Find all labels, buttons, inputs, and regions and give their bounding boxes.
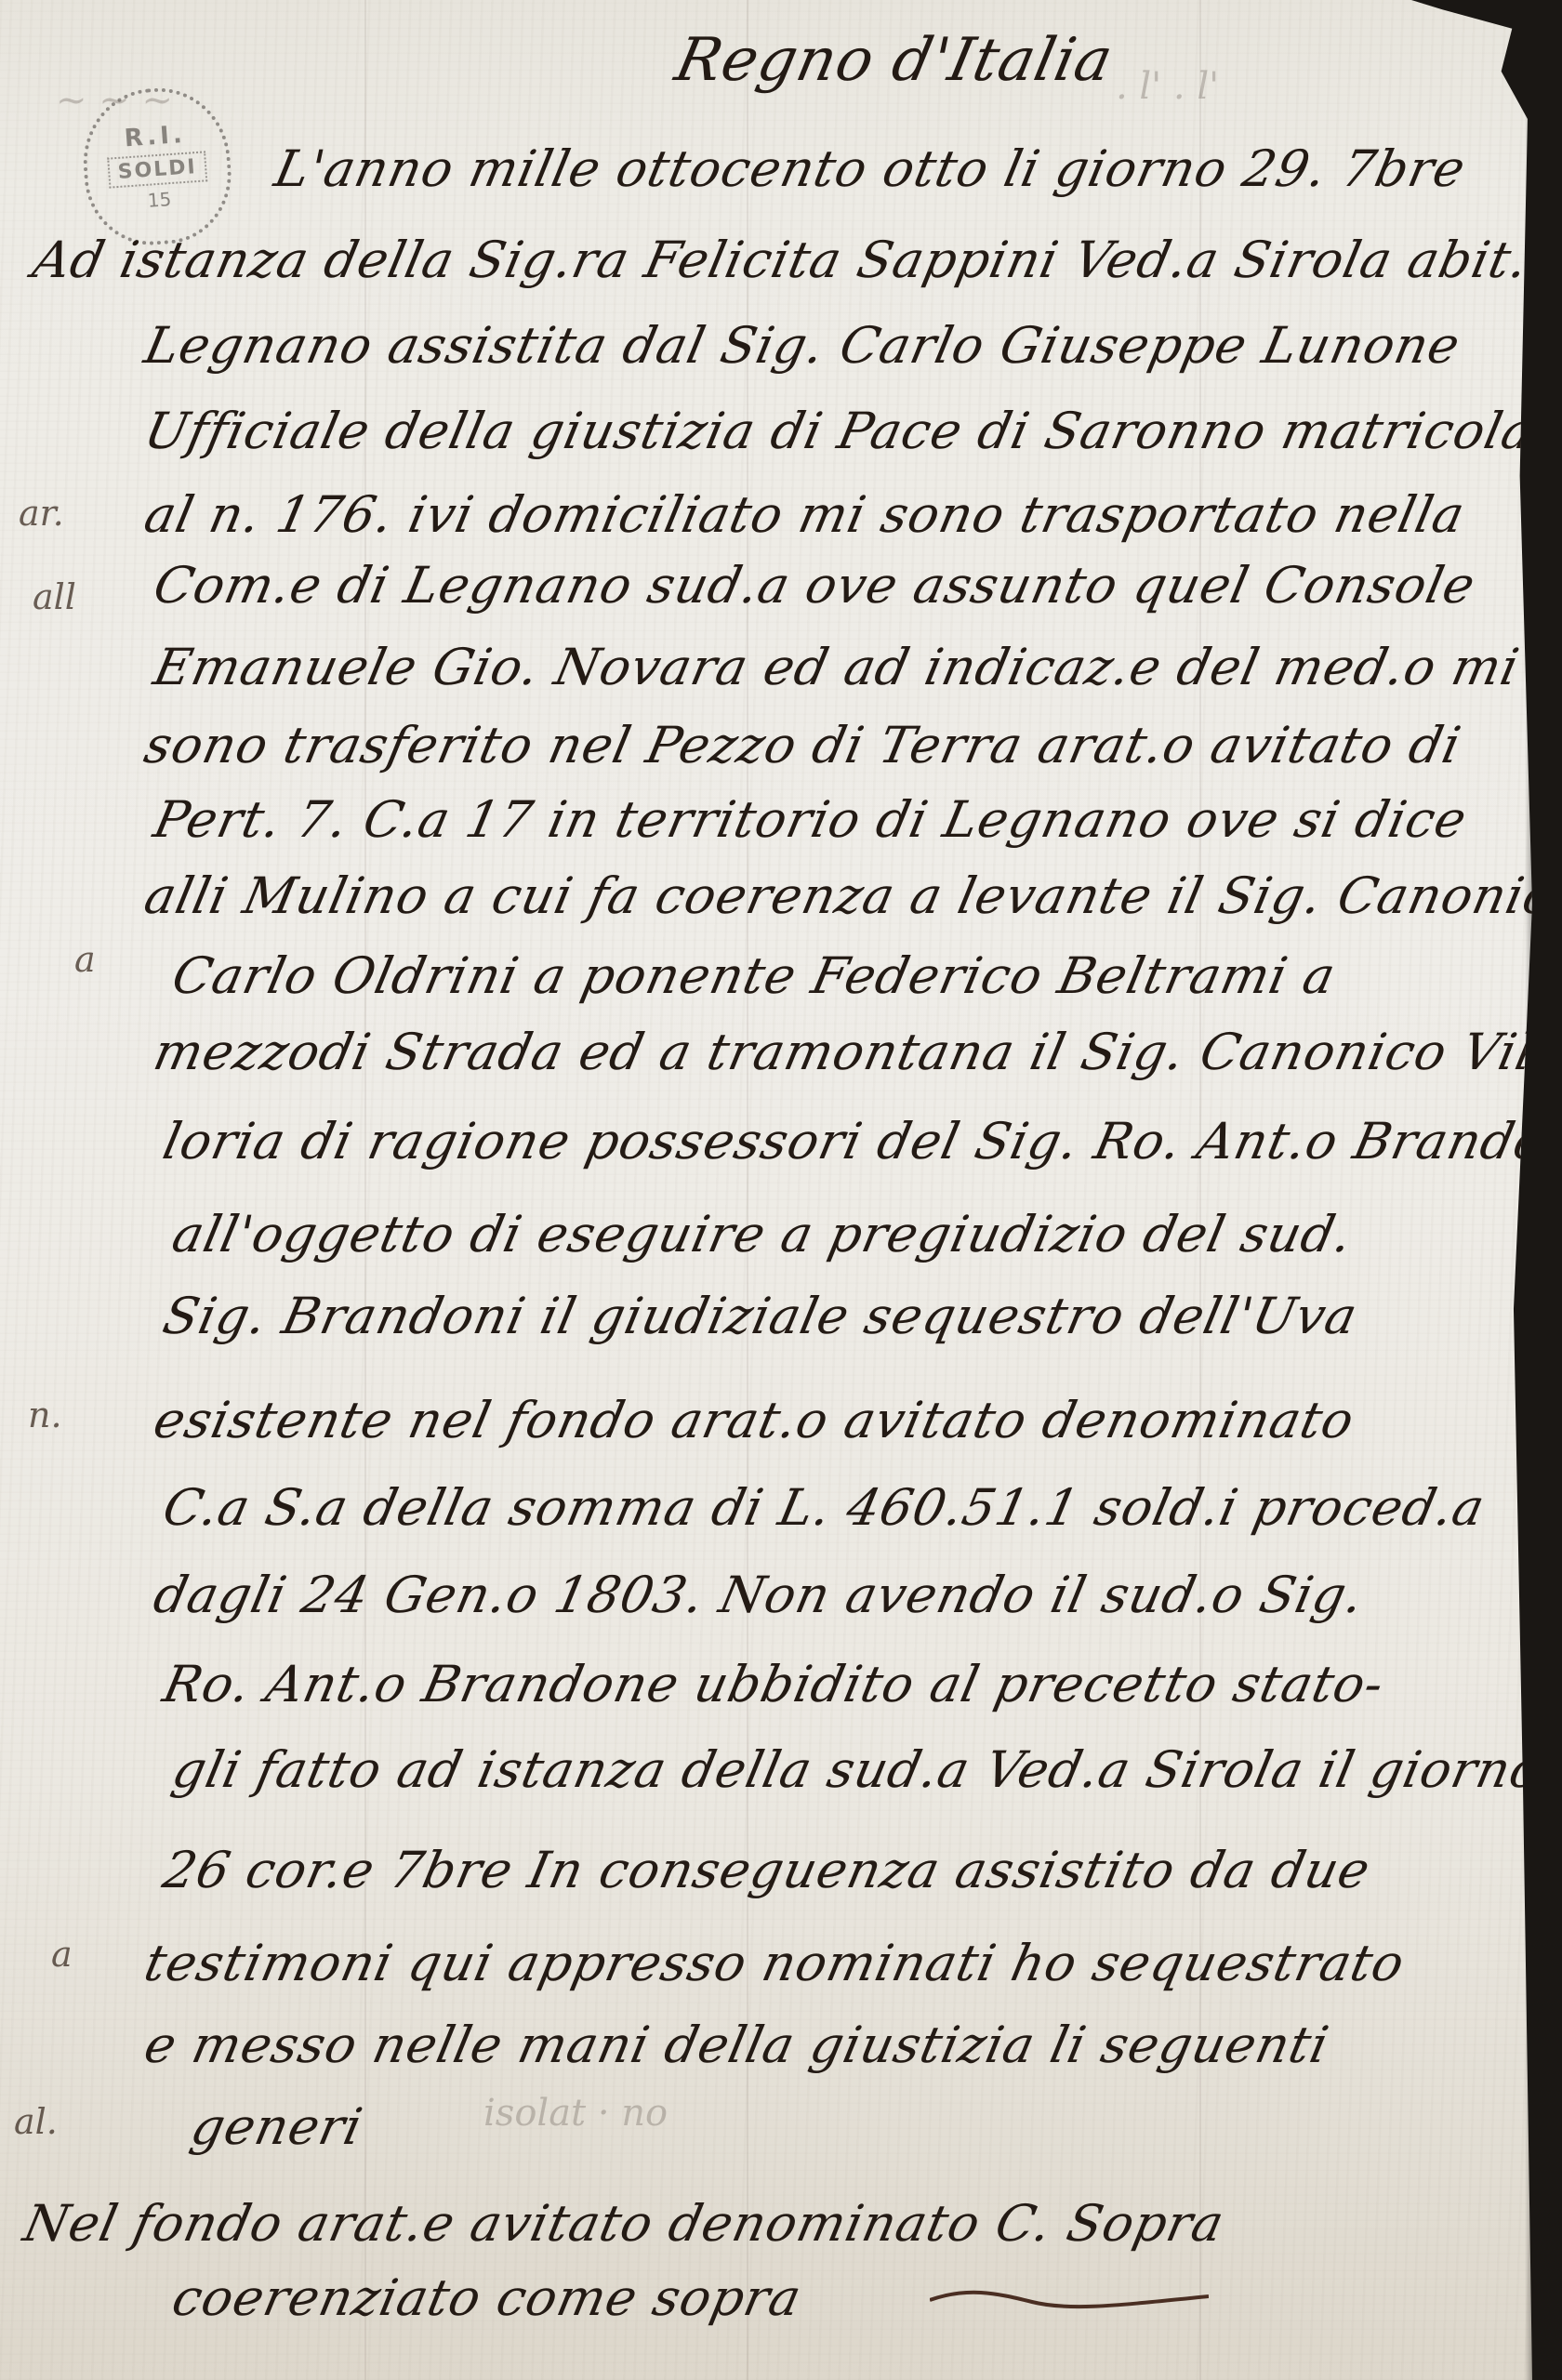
- manuscript-line-13: loria di ragione possessori del Sig. Ro.…: [158, 1112, 1562, 1170]
- manuscript-line-4: Ufficiale della giustizia di Pace di Sar…: [139, 402, 1562, 460]
- stamp-middle-text: SOLDI: [108, 151, 207, 188]
- manuscript-line-25: Nel fondo arat.e avitato denominato C. S…: [19, 2194, 1229, 2253]
- manuscript-line-1: L'anno mille ottocento otto li giorno 29…: [270, 139, 1471, 198]
- manuscript-line-11: Carlo Oldrini a ponente Federico Beltram…: [167, 946, 1341, 1005]
- margin-note: al.: [14, 2101, 58, 2142]
- margin-note: ar.: [19, 493, 64, 534]
- manuscript-line-3: Legnano assistita dal Sig. Carlo Giusepp…: [139, 316, 1465, 375]
- manuscript-line-9: Pert. 7. C.a 17 in territorio di Legnano…: [149, 790, 1472, 849]
- manuscript-line-19: Ro. Ant.o Brandone ubbidito al precetto …: [158, 1655, 1389, 1713]
- bleed-through-text: ~ ~ ~: [56, 79, 173, 122]
- stamp-bottom-text: 15: [147, 188, 172, 212]
- manuscript-line-12: mezzodi Strada ed a tramontana il Sig. C…: [149, 1023, 1557, 1081]
- closing-flourish-line: [930, 2283, 1209, 2311]
- manuscript-line-20: gli fatto ad istanza della sud.a Ved.a S…: [167, 1740, 1548, 1799]
- manuscript-line-6: Com.e di Legnano sud.a ove assunto quel …: [149, 556, 1481, 615]
- margin-note: a: [74, 939, 96, 980]
- manuscript-line-21: 26 cor.e 7bre In conseguenza assistito d…: [158, 1841, 1376, 1899]
- manuscript-line-17: C.a S.a della somma di L. 460.51.1 sold.…: [158, 1478, 1490, 1537]
- document-heading: Regno d'Italia: [669, 26, 1119, 95]
- manuscript-page: R.I. SOLDI 15 ~ ~ ~ . l' . l' isolat · n…: [0, 0, 1551, 2380]
- manuscript-line-18: dagli 24 Gen.o 1803. Non avendo il sud.o…: [149, 1566, 1370, 1624]
- bleed-through-text: . l' . l': [1116, 65, 1219, 108]
- manuscript-line-22: testimoni qui appresso nominati ho seque…: [139, 1934, 1410, 1992]
- manuscript-line-26: coerenziato come sopra: [167, 2268, 807, 2327]
- bleed-through-text: isolat · no: [483, 2092, 668, 2135]
- manuscript-line-8: sono trasferito nel Pezzo di Terra arat.…: [139, 716, 1466, 774]
- stamp-top-text: R.I.: [124, 120, 187, 152]
- manuscript-line-7: Emanuele Gio. Novara ed ad indicaz.e del…: [149, 638, 1525, 696]
- manuscript-line-23: e messo nelle mani della giustizia li se…: [139, 2016, 1334, 2074]
- manuscript-line-14: all'oggetto di eseguire a pregiudizio de…: [167, 1205, 1358, 1263]
- manuscript-line-16: esistente nel fondo arat.o avitato denom…: [149, 1391, 1359, 1449]
- page-edge-shadow: [1525, 0, 1562, 2380]
- margin-note: all: [33, 576, 76, 617]
- manuscript-line-15: Sig. Brandoni il giudiziale sequestro de…: [158, 1287, 1363, 1345]
- manuscript-line-10: alli Mulino a cui fa coerenza a levante …: [139, 866, 1562, 925]
- manuscript-line-5: al n. 176. ivi domiciliato mi sono trasp…: [139, 485, 1470, 544]
- manuscript-line-2: Ad istanza della Sig.ra Felicita Sappini…: [28, 231, 1562, 289]
- manuscript-line-24: generi: [186, 2097, 368, 2156]
- margin-note: a: [51, 1934, 73, 1975]
- margin-note: n.: [28, 1395, 62, 1435]
